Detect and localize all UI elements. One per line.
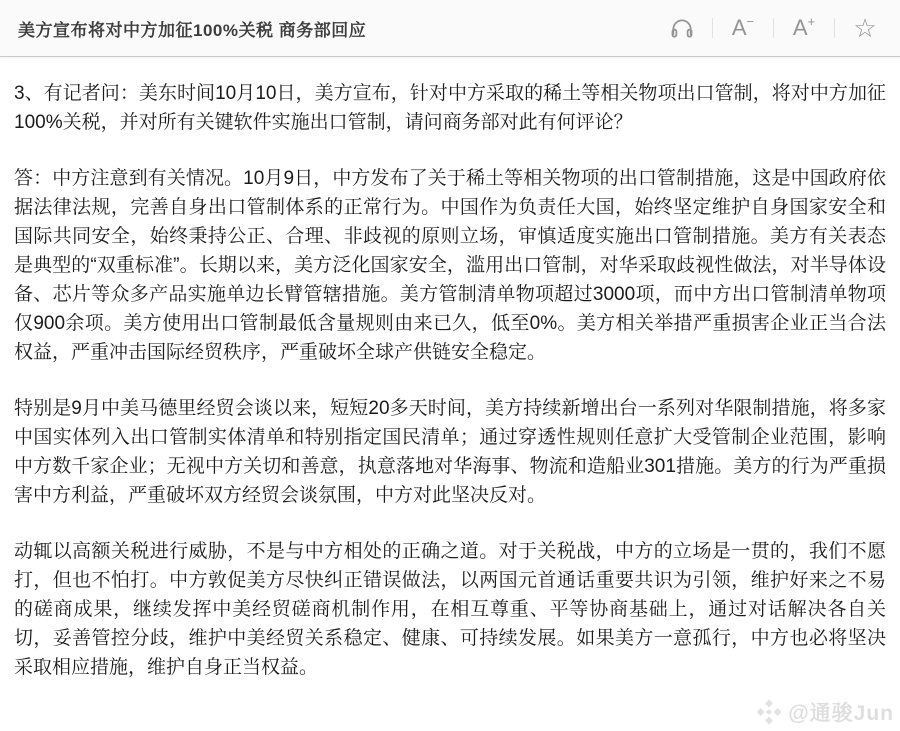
plus-sign: +: [808, 15, 816, 28]
diamond-logo-icon: [754, 697, 784, 727]
minus-sign: −: [747, 15, 755, 28]
toolbar-divider: [834, 18, 835, 38]
paragraph-answer-1: 答：中方注意到有关情况。10月9日，中方发布了关于稀土等相关物项的出口管制措施，…: [14, 164, 886, 367]
favorite-button[interactable]: ☆: [848, 11, 882, 45]
font-decrease-icon: A: [732, 17, 747, 39]
font-increase-button[interactable]: A+: [787, 11, 821, 45]
article-body: 3、有记者问：美东时间10月10日，美方宣布，针对中方采取的稀土等相关物项出口管…: [0, 57, 900, 682]
paragraph-answer-3: 动辄以高额关税进行威胁，不是与中方相处的正确之道。对于关税战，中方的立场是一贯的…: [14, 537, 886, 682]
paragraph-answer-2: 特别是9月中美马德里经贸会谈以来，短短20多天时间，美方持续新增出台一系列对华限…: [14, 394, 886, 510]
headphones-icon: [669, 15, 695, 41]
toolbar-divider: [773, 18, 774, 38]
article-title: 美方宣布将对中方加征100%关税 商务部回应: [18, 16, 366, 41]
watermark-text: @通骏Jun: [788, 697, 894, 727]
toolbar-divider: [712, 18, 713, 38]
article-header: 美方宣布将对中方加征100%关税 商务部回应 A− A+ ☆: [0, 0, 900, 57]
font-decrease-button[interactable]: A−: [726, 11, 760, 45]
header-toolbar: A− A+ ☆: [665, 11, 882, 45]
paragraph-question: 3、有记者问：美东时间10月10日，美方宣布，针对中方采取的稀土等相关物项出口管…: [14, 79, 886, 137]
star-icon: ☆: [853, 15, 876, 41]
watermark: @通骏Jun: [754, 697, 894, 727]
font-increase-icon: A: [793, 17, 808, 39]
listen-button[interactable]: [665, 11, 699, 45]
